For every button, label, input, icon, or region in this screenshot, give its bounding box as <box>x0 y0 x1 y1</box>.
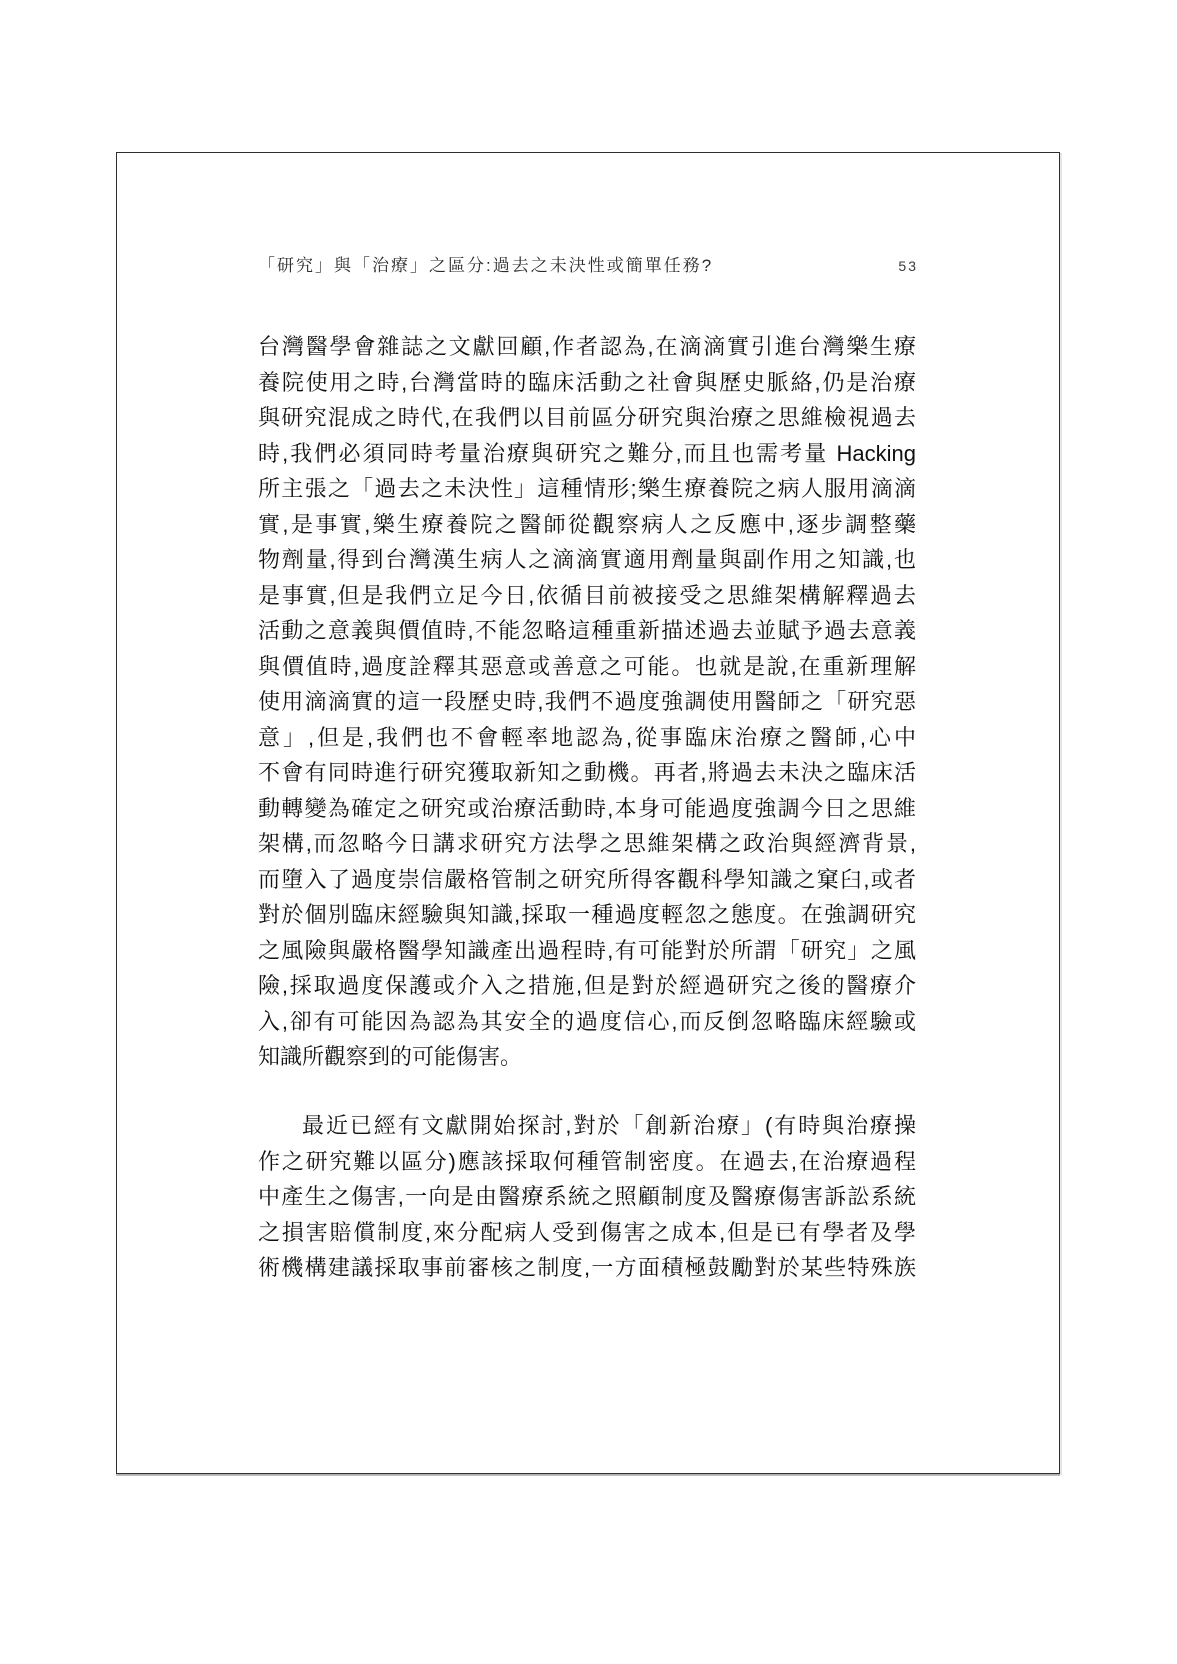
paragraph-2: 最近已經有文獻開始探討,對於「創新治療」(有時與治療操 作之研究難以區分)應該採… <box>258 1108 916 1286</box>
text-line: 實,是事實,樂生療養院之醫師從觀察病人之反應中,逐步調整藥 <box>258 507 916 543</box>
text-line: 不會有同時進行研究獲取新知之動機。再者,將過去未決之臨床活 <box>258 755 916 791</box>
text-line: 物劑量,得到台灣漢生病人之滴滴實適用劑量與副作用之知識,也 <box>258 542 916 578</box>
text-line: 養院使用之時,台灣當時的臨床活動之社會與歷史脈絡,仍是治療 <box>258 365 916 401</box>
text-line: 活動之意義與價值時,不能忽略這種重新描述過去並賦予過去意義 <box>258 613 916 649</box>
text-line: 動轉變為確定之研究或治療活動時,本身可能過度強調今日之思維 <box>258 791 916 827</box>
text-line: 入,卻有可能因為認為其安全的過度信心,而反倒忽略臨床經驗或 <box>258 1004 916 1040</box>
text-line: 與研究混成之時代,在我們以目前區分研究與治療之思維檢視過去 <box>258 400 916 436</box>
text-line: 中產生之傷害,一向是由醫療系統之照顧制度及醫療傷害訴訟系統 <box>258 1179 916 1215</box>
text-line: 術機構建議採取事前審核之制度,一方面積極鼓勵對於某些特殊族 <box>258 1250 916 1286</box>
text-line: 架構,而忽略今日講求研究方法學之思維架構之政治與經濟背景, <box>258 826 916 862</box>
text-line: 與價值時,過度詮釋其惡意或善意之可能。也就是說,在重新理解 <box>258 649 916 685</box>
text-line: 是事實,但是我們立足今日,依循目前被接受之思維架構解釋過去 <box>258 578 916 614</box>
running-head: 「研究」與「治療」之區分:過去之未決性或簡單任務? 53 <box>258 251 918 276</box>
text-line: 對於個別臨床經驗與知識,採取一種過度輕忽之態度。在強調研究 <box>258 897 916 933</box>
text-line: 最近已經有文獻開始探討,對於「創新治療」(有時與治療操 <box>258 1108 916 1144</box>
document-page: 「研究」與「治療」之區分:過去之未決性或簡單任務? 53 台灣醫學會雜誌之文獻回… <box>116 152 1060 1474</box>
text-line: 而墮入了過度崇信嚴格管制之研究所得客觀科學知識之窠臼,或者 <box>258 862 916 898</box>
paragraph-1: 台灣醫學會雜誌之文獻回顧,作者認為,在滴滴實引進台灣樂生療 養院使用之時,台灣當… <box>258 329 916 1075</box>
text-line: 台灣醫學會雜誌之文獻回顧,作者認為,在滴滴實引進台灣樂生療 <box>258 329 916 365</box>
text-line: 之損害賠償制度,來分配病人受到傷害之成本,但是已有學者及學 <box>258 1215 916 1251</box>
text-line: 知識所觀察到的可能傷害。 <box>258 1039 916 1075</box>
document-canvas: 「研究」與「治療」之區分:過去之未決性或簡單任務? 53 台灣醫學會雜誌之文獻回… <box>0 0 1177 1664</box>
text-line: 險,採取過度保護或介入之措施,但是對於經過研究之後的醫療介 <box>258 968 916 1004</box>
text-line: 作之研究難以區分)應該採取何種管制密度。在過去,在治療過程 <box>258 1144 916 1180</box>
page-number: 53 <box>898 258 918 274</box>
text-line: 所主張之「過去之未決性」這種情形;樂生療養院之病人服用滴滴 <box>258 471 916 507</box>
text-line: 時,我們必須同時考量治療與研究之難分,而且也需考量 Hacking <box>258 436 916 472</box>
text-line: 之風險與嚴格醫學知識產出過程時,有可能對於所謂「研究」之風 <box>258 933 916 969</box>
text-line: 意」,但是,我們也不會輕率地認為,從事臨床治療之醫師,心中 <box>258 720 916 756</box>
text-line: 使用滴滴實的這一段歷史時,我們不過度強調使用醫師之「研究惡 <box>258 684 916 720</box>
running-title: 「研究」與「治療」之區分:過去之未決性或簡單任務? <box>258 251 713 276</box>
